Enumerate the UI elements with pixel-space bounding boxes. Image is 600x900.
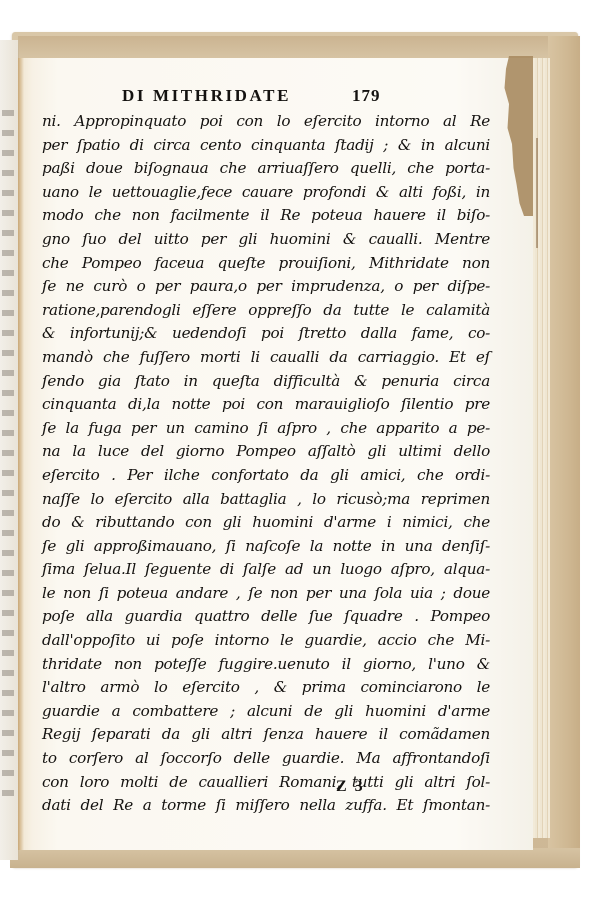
running-head-title: DI MITHRIDATE: [122, 86, 291, 106]
text-line: na la luce del giorno Pompeo aſſaltò gli…: [42, 440, 490, 464]
running-head: DI MITHRIDATE 179: [42, 86, 490, 110]
text-line: ſe la fuga per un camino ſi aſpro , che …: [42, 417, 490, 441]
text-line: ratione,parendogli eſſere oppreſſo da tu…: [42, 299, 490, 323]
gutter-shadow: [18, 58, 24, 850]
text-line: dati del Re a torme ſi miſſero nella zuf…: [42, 794, 490, 818]
text-line: thridate non poteſſe fuggire.uenuto il g…: [42, 653, 490, 677]
text-line: ſendo gia ſtato in queſta difficultà & p…: [42, 370, 490, 394]
text-line: to corſero al ſoccorſo delle guardie. Ma…: [42, 747, 490, 771]
text-line: cinquanta di,la notte poi con marauiglio…: [42, 393, 490, 417]
binding-fore-edge: [548, 36, 580, 866]
text-line: modo che non facilmente il Re poteua hau…: [42, 204, 490, 228]
text-line: ſe ne curò o per paura,o per imprudenza,…: [42, 275, 490, 299]
text-line: che Pompeo faceua queſte prouiſioni, Mit…: [42, 252, 490, 276]
text-line: gno ſuo del uitto per gli huomini & caua…: [42, 228, 490, 252]
text-line: ni. Appropinquato poi con lo eſercito in…: [42, 110, 490, 134]
page-text-block: DI MITHRIDATE 179 ni. Appropinquato poi …: [42, 86, 490, 818]
text-line: mandò che fuſſero morti li caualli da ca…: [42, 346, 490, 370]
signature-mark: Z 3: [336, 778, 365, 796]
text-line: paßi doue biſognaua che arriuaſſero quel…: [42, 157, 490, 181]
text-line: per ſpatio di circa cento cinquanta ſtad…: [42, 134, 490, 158]
text-line: naſſe lo eſercito alla battaglia , lo ri…: [42, 488, 490, 512]
text-line: guardie a combattere ; alcuni de gli huo…: [42, 700, 490, 724]
text-line: dall'oppoſito ui poſe intorno le guardie…: [42, 629, 490, 653]
facing-page-text: [2, 110, 14, 810]
text-line: do & ributtando con gli huomini d'arme i…: [42, 511, 490, 535]
text-line: le non ſi poteua andare , ſe non per una…: [42, 582, 490, 606]
facing-page-edge: [0, 40, 19, 860]
binding-bottom-fold: [10, 848, 580, 868]
text-line: con loro molti de cauallieri Romani, tut…: [42, 771, 490, 795]
text-line: ſima ſelua.Il ſeguente di ſalſe ad un lu…: [42, 558, 490, 582]
text-line: uano le uettouaglie,fece cauare profondi…: [42, 181, 490, 205]
text-line: ſe gli approßimauano, ſi naſcoſe la nott…: [42, 535, 490, 559]
page-number: 179: [352, 86, 381, 106]
text-line: & infortunij;& uedendoſi poi ſtretto dal…: [42, 322, 490, 346]
text-line: poſe alla guardia quattro delle ſue ſqua…: [42, 605, 490, 629]
text-line: l'altro armò lo eſercito , & prima comin…: [42, 676, 490, 700]
text-line: eſercito . Per ilche confortato da gli a…: [42, 464, 490, 488]
page-edges: [530, 58, 550, 838]
text-line: Regij ſeparati da gli altri ſenza hauere…: [42, 723, 490, 747]
